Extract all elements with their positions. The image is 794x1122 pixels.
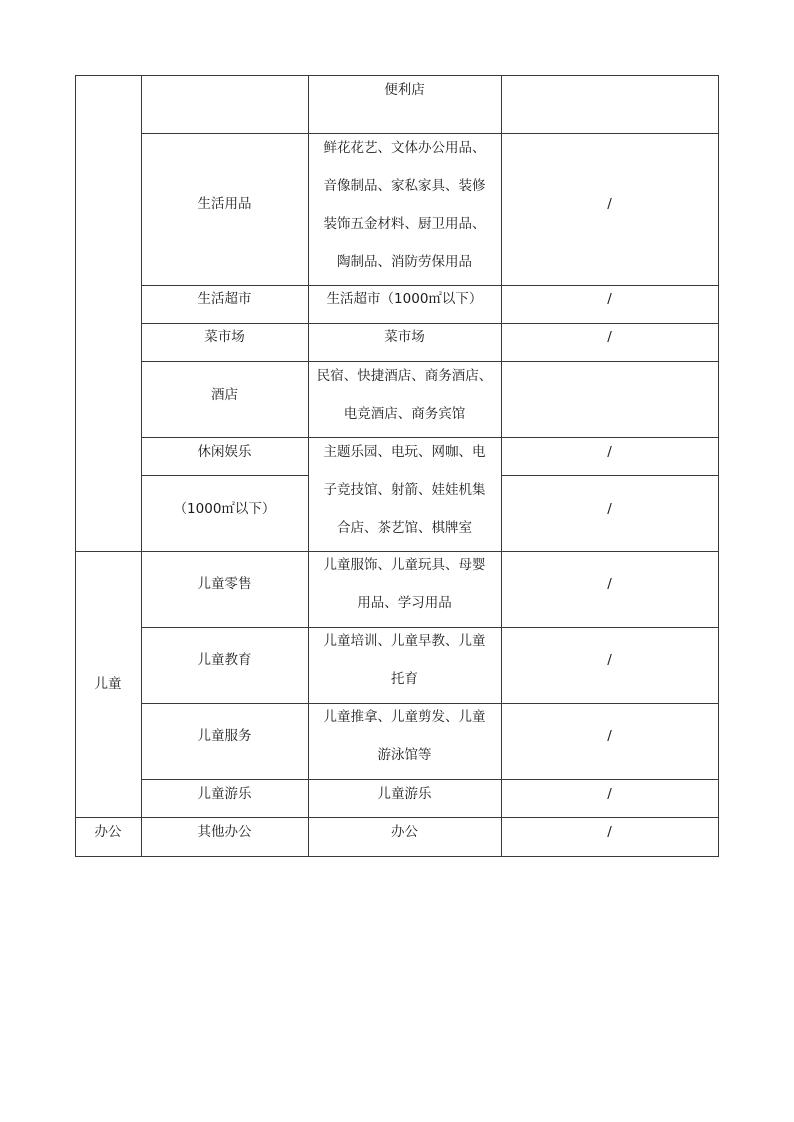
category-cell: 办公 — [75, 813, 141, 851]
subcategory-text: 酒店 — [141, 376, 308, 414]
subcategory-text: 生活超市 — [141, 280, 308, 318]
subcategory-text: 儿童服务 — [141, 717, 308, 755]
subcategory-cell: 菜市场 — [141, 318, 308, 356]
format-cell: 鲜花花艺、文体办公用品、 音像制品、家私家具、装修 装饰五金材料、厨卫用品、 陶… — [308, 129, 501, 281]
format-text: 儿童培训、儿童早教、儿童 — [308, 622, 501, 660]
subcategory-text: 休闲娱乐 — [141, 433, 308, 471]
note-text: / — [501, 717, 718, 755]
note-cell: / — [501, 433, 718, 471]
format-text: 菜市场 — [308, 318, 501, 356]
format-text: 民宿、快捷酒店、商务酒店、 — [308, 357, 501, 395]
format-text: 用品、学习用品 — [308, 584, 501, 622]
format-text: 电竞酒店、商务宾馆 — [308, 395, 501, 433]
note-text: / — [501, 185, 718, 223]
format-text: 儿童游乐 — [308, 775, 501, 813]
format-text: 办公 — [308, 813, 501, 851]
note-cell: / — [501, 490, 718, 528]
note-text: / — [501, 775, 718, 813]
note-text: / — [501, 641, 718, 679]
format-cell: 儿童游乐 — [308, 775, 501, 813]
note-cell: / — [501, 641, 718, 679]
note-text: / — [501, 318, 718, 356]
format-cell: 民宿、快捷酒店、商务酒店、 电竞酒店、商务宾馆 — [308, 357, 501, 433]
subcategory-cell: 儿童零售 — [141, 565, 308, 603]
subcategory-cell: （1000㎡以下） — [141, 490, 308, 528]
category-cell: 儿童 — [75, 665, 141, 703]
format-text: 音像制品、家私家具、装修 — [308, 167, 501, 205]
subcategory-cell: 生活超市 — [141, 280, 308, 318]
subcategory-text: 儿童零售 — [141, 565, 308, 603]
format-cell: 办公 — [308, 813, 501, 851]
format-cell: 菜市场 — [308, 318, 501, 356]
format-text: 陶制品、消防劳保用品 — [308, 243, 501, 281]
format-cell: 便利店 — [308, 71, 501, 109]
format-cell: 儿童培训、儿童早教、儿童 托育 — [308, 622, 501, 698]
subcategory-cell: 儿童游乐 — [141, 775, 308, 813]
note-text: / — [501, 280, 718, 318]
format-cell: 儿童服饰、儿童玩具、母婴 用品、学习用品 — [308, 546, 501, 622]
format-text: 儿童推拿、儿童剪发、儿童 — [308, 698, 501, 736]
format-text: 生活超市（1000㎡以下） — [308, 280, 501, 318]
note-text: / — [501, 565, 718, 603]
subcategory-cell: 其他办公 — [141, 813, 308, 851]
format-text: 合店、茶艺馆、棋牌室 — [308, 509, 501, 547]
format-text: 托育 — [308, 660, 501, 698]
note-cell: / — [501, 775, 718, 813]
category-text: 儿童 — [75, 665, 141, 703]
note-cell: / — [501, 813, 718, 851]
format-cell: 主题乐园、电玩、网咖、电 子竞技馆、射箭、娃娃机集 合店、茶艺馆、棋牌室 — [308, 433, 501, 547]
format-text: 主题乐园、电玩、网咖、电 — [308, 433, 501, 471]
format-cell: 生活超市（1000㎡以下） — [308, 280, 501, 318]
subcategory-cell: 酒店 — [141, 376, 308, 414]
subcategory-text: 菜市场 — [141, 318, 308, 356]
table-border-left — [75, 75, 76, 857]
subcategory-cell: 儿童教育 — [141, 641, 308, 679]
subcategory-text: （1000㎡以下） — [141, 490, 308, 528]
format-text: 游泳馆等 — [308, 736, 501, 774]
note-cell: / — [501, 565, 718, 603]
subcategory-text: 儿童教育 — [141, 641, 308, 679]
subcategory-cell: 生活用品 — [141, 185, 308, 223]
note-cell: / — [501, 717, 718, 755]
format-text: 装饰五金材料、厨卫用品、 — [308, 205, 501, 243]
note-text: / — [501, 490, 718, 528]
format-text: 子竞技馆、射箭、娃娃机集 — [308, 471, 501, 509]
subcategory-text: 其他办公 — [141, 813, 308, 851]
subcategory-cell: 休闲娱乐 — [141, 433, 308, 471]
subcategory-text: 生活用品 — [141, 185, 308, 223]
category-text: 办公 — [75, 813, 141, 851]
note-text: / — [501, 433, 718, 471]
note-text: / — [501, 813, 718, 851]
row-divider — [141, 475, 308, 476]
note-cell: / — [501, 280, 718, 318]
note-cell: / — [501, 185, 718, 223]
format-cell: 儿童推拿、儿童剪发、儿童 游泳馆等 — [308, 698, 501, 774]
subcategory-text: 儿童游乐 — [141, 775, 308, 813]
table-border-right — [718, 75, 719, 857]
note-cell: / — [501, 318, 718, 356]
table-border-bottom — [75, 856, 719, 857]
format-text: 鲜花花艺、文体办公用品、 — [308, 129, 501, 167]
subcategory-cell: 儿童服务 — [141, 717, 308, 755]
row-divider — [501, 475, 719, 476]
format-text: 儿童服饰、儿童玩具、母婴 — [308, 546, 501, 584]
format-text: 便利店 — [308, 71, 501, 109]
